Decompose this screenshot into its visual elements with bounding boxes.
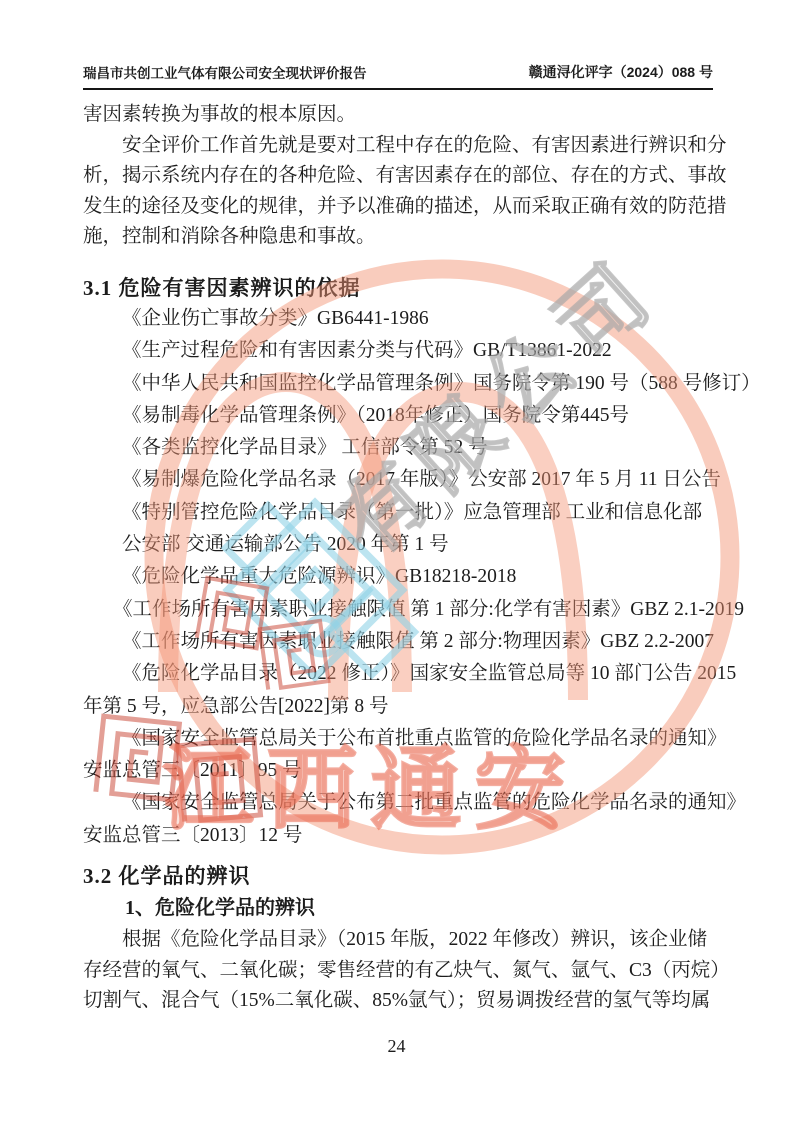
section-heading-3-2: 3.2 化学品的辨识 [83, 861, 713, 892]
paragraph-line: 存经营的氧气、二氧化碳；零售经营的有乙炔气、氮气、氩气、C3（丙烷） [83, 956, 713, 987]
paragraph-line: 根据《危险化学品目录》（2015 年版，2022 年修改）辨识，该企业储 [83, 925, 713, 956]
reference-line: 公安部 交通运输部公告 2020 年第 1 号 [83, 529, 713, 561]
reference-line: 安监总管三〔2011〕95 号 [83, 755, 713, 787]
page-content: 害因素转换为事故的根本原因。 安全评价工作首先就是要对工程中存在的危险、有害因素… [83, 100, 713, 1017]
reference-line: 《易制爆危险化学品名录（2017 年版）》公安部 2017 年 5 月 11 日… [83, 464, 713, 496]
reference-line: 《国家安全监管总局关于公布第二批重点监管的危险化学品名录的通知》 [83, 787, 713, 819]
reference-line: 《危险化学品目录（2022 修正）》国家安全监管总局等 10 部门公告 2015 [83, 658, 713, 690]
page-header: 瑞昌市共创工业气体有限公司安全现状评价报告 赣通浔化评字（2024）088 号 [83, 62, 713, 90]
report-page: 瑞昌市共创工业气体有限公司安全现状评价报告 赣通浔化评字（2024）088 号 … [0, 0, 793, 1122]
paragraph-line: 害因素转换为事故的根本原因。 [83, 100, 713, 131]
paragraph-line: 切割气、混合气（15%二氧化碳、85%氩气）；贸易调拨经营的氢气等均属 [83, 986, 713, 1017]
subsection-heading-1: 1、危险化学品的辨识 [83, 892, 713, 925]
header-report-title: 瑞昌市共创工业气体有限公司安全现状评价报告 [83, 62, 367, 82]
reference-line: 《生产过程危险和有害因素分类与代码》GB/T13861-2022 [83, 335, 713, 367]
reference-line: 《国家安全监管总局关于公布首批重点监管的危险化学品名录的通知》 [83, 723, 713, 755]
reference-line: 《工作场所有害因素职业接触限值 第 1 部分:化学有害因素》GBZ 2.1-20… [83, 594, 713, 626]
section-heading-3-1: 3.1 危险有害因素辨识的依据 [83, 273, 713, 303]
reference-line: 《危险化学品重大危险源辨识》GB18218-2018 [83, 561, 713, 593]
reference-line: 安监总管三〔2013〕12 号 [83, 820, 713, 852]
reference-line: 《企业伤亡事故分类》GB6441-1986 [83, 303, 713, 335]
reference-line: 《特别管控危险化学品目录（第一批）》应急管理部 工业和信息化部 [83, 497, 713, 529]
reference-line: 《工作场所有害因素职业接触限值 第 2 部分:物理因素》GBZ 2.2-2007 [83, 626, 713, 658]
reference-line: 年第 5 号，应急部公告[2022]第 8 号 [83, 691, 713, 723]
reference-line: 《中华人民共和国监控化学品管理条例》国务院令第 190 号（588 号修订） [83, 368, 713, 400]
header-doc-number: 赣通浔化评字（2024）088 号 [529, 62, 713, 82]
paragraph-line: 发生的途径及变化的规律，并予以准确的描述，从而采取正确有效的防范措 [83, 192, 713, 223]
paragraph-line: 施，控制和消除各种隐患和事故。 [83, 222, 713, 253]
reference-line: 《易制毒化学品管理条例》（2018年修正）国务院令第445号 [83, 400, 713, 432]
paragraph-line: 安全评价工作首先就是要对工程中存在的危险、有害因素进行辨识和分 [83, 131, 713, 162]
reference-line: 《各类监控化学品目录》 工信部令第 52 号 [83, 432, 713, 464]
page-number: 24 [0, 1036, 793, 1057]
paragraph-line: 析，揭示系统内存在的各种危险、有害因素存在的部位、存在的方式、事故 [83, 161, 713, 192]
